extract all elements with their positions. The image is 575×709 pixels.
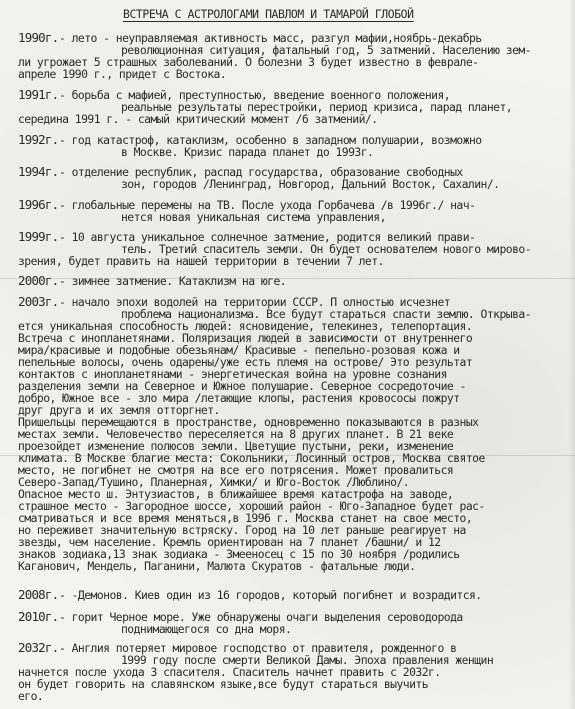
entry-text-line: он будет говорить на славянском языке,вс… bbox=[18, 678, 428, 690]
entry-year: 1999г. bbox=[18, 231, 58, 243]
entry-text-line: - зимнее затмение. Катаклизм на юге. bbox=[59, 275, 286, 287]
entry-text-line: апреле 1990 г., придет с Востока. bbox=[18, 68, 226, 80]
entry-text-line: зрения, будет править на нашей территори… bbox=[18, 255, 384, 267]
entry-year: 1996г. bbox=[18, 199, 58, 211]
entry-text-line: Каганович, Мендель, Паганини, Малюта Ску… bbox=[18, 560, 415, 572]
typewritten-page: ВСТРЕЧА С АСТРОЛОГАМИ ПАВЛОМ И ТАМАРОЙ Г… bbox=[0, 0, 575, 709]
entry-year: 2032г. bbox=[18, 642, 58, 654]
document-title: ВСТРЕЧА С АСТРОЛОГАМИ ПАВЛОМ И ТАМАРОЙ Г… bbox=[123, 7, 414, 21]
entry-text-line: - -Демонов. Киев один из 16 городов, кот… bbox=[59, 589, 482, 601]
entry-text-line: его. bbox=[18, 690, 43, 702]
entry-text-line: зон, городов /Ленинград, Новгород, Дальн… bbox=[121, 178, 499, 190]
entry-year: 1990г. bbox=[18, 32, 58, 44]
entry-year: 1994г. bbox=[18, 166, 58, 178]
paper-edge-shadow bbox=[569, 0, 575, 709]
entry-text-line: поднимающегося со дна моря. bbox=[121, 623, 291, 635]
entry-year: 1992г. bbox=[18, 134, 58, 146]
entry-year: 2003г. bbox=[18, 296, 58, 308]
entry-year: 2010г. bbox=[18, 611, 58, 623]
entry-year: 2000г. bbox=[18, 275, 58, 287]
entry-text-line: середина 1991 г. - самый критический мом… bbox=[18, 113, 378, 125]
entry-text-line: нется новая уникальная система управлени… bbox=[121, 211, 386, 223]
entry-year: 2008г. bbox=[18, 589, 58, 601]
entry-text-line: в Москве. Кризис парада планет до 1993г. bbox=[121, 146, 373, 158]
entry-year: 1991г. bbox=[18, 89, 58, 101]
